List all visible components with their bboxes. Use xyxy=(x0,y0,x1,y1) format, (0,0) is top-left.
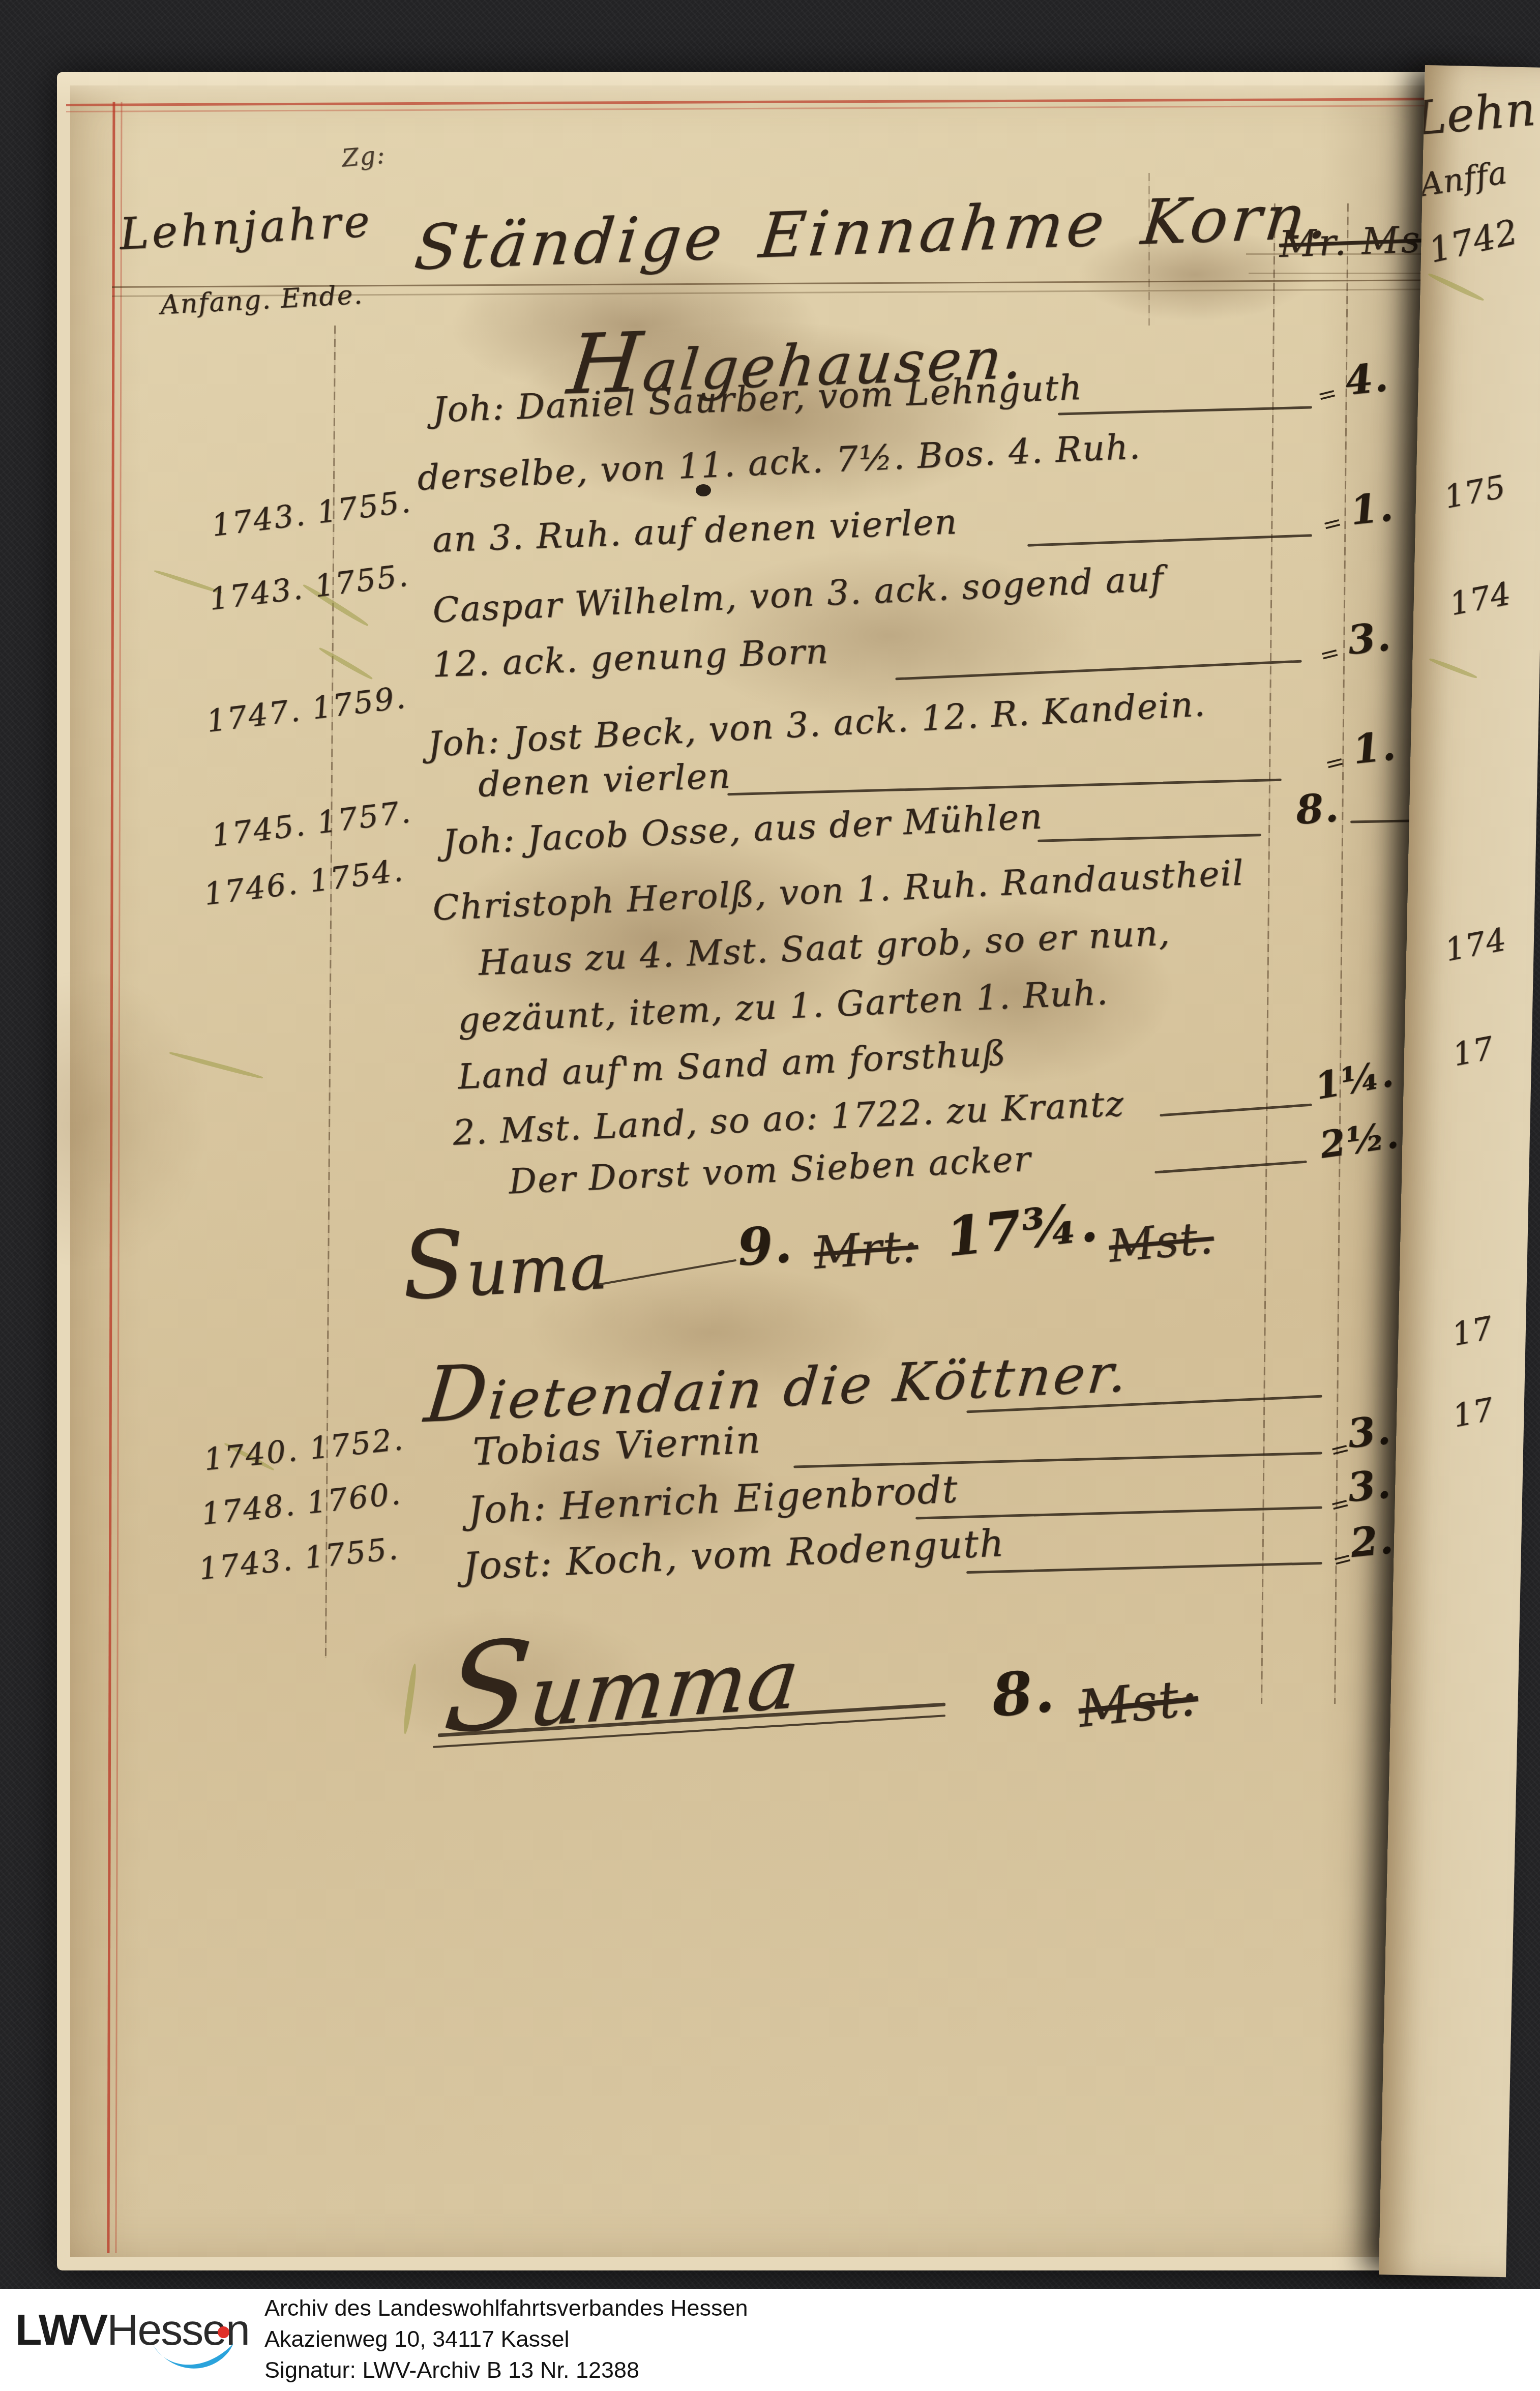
logo-dot-icon xyxy=(218,2326,229,2338)
page-fragment: 1742 xyxy=(1425,212,1522,271)
page-fragment: 174 xyxy=(1442,921,1509,968)
page-fragment: 175 xyxy=(1441,468,1509,516)
footer-bar: LWVHessen Archiv des Landeswohlfahrtsver… xyxy=(0,2289,1540,2391)
summa-amount: 8. xyxy=(989,1657,1057,1730)
page-fragment: Anffa xyxy=(1417,154,1510,204)
suma-total-unit: Mst. xyxy=(1107,1211,1216,1273)
archive-name: Archiv des Landeswohlfahrtsverbandes Hes… xyxy=(264,2296,748,2319)
suma-count-unit: Mrt: xyxy=(812,1220,920,1279)
folio-mark: Zg: xyxy=(341,140,387,172)
olive-mark xyxy=(1427,272,1485,302)
suma-count: 9. xyxy=(735,1214,794,1277)
page-fragment: 174 xyxy=(1446,575,1514,623)
summa-unit: Mst: xyxy=(1076,1667,1201,1739)
koettner-amount-2: 2. xyxy=(1348,1516,1396,1567)
amount-0: 4. xyxy=(1343,354,1390,404)
amount-4: 3. xyxy=(1345,613,1393,664)
page-fragment: 17 xyxy=(1449,1029,1497,1073)
archive-signature: Signatur: LWV-Archiv B 13 Nr. 12388 xyxy=(264,2358,639,2381)
archive-address: Akazienweg 10, 34117 Kassel xyxy=(264,2327,570,2350)
amount-2: 1. xyxy=(1348,484,1396,534)
koettner-amount-0: 3. xyxy=(1345,1407,1393,1457)
suma-label: Suma xyxy=(399,1203,611,1321)
scan-canvas: Zg: Lehnjahre Anfang. Ende. Ständige Ein… xyxy=(0,0,1540,2391)
logo-text-bold: LWV xyxy=(15,2306,107,2354)
amount-6: 1. xyxy=(1350,723,1398,773)
olive-mark xyxy=(1429,657,1477,680)
page-fragment: 17 xyxy=(1449,1391,1497,1435)
page-fragment: 17 xyxy=(1449,1309,1496,1353)
koettner-amount-1: 3. xyxy=(1345,1461,1393,1511)
amount-7: 8. xyxy=(1294,784,1341,834)
page-fragment: Lehn xyxy=(1413,81,1538,146)
logo-swoosh-icon xyxy=(149,2342,238,2375)
